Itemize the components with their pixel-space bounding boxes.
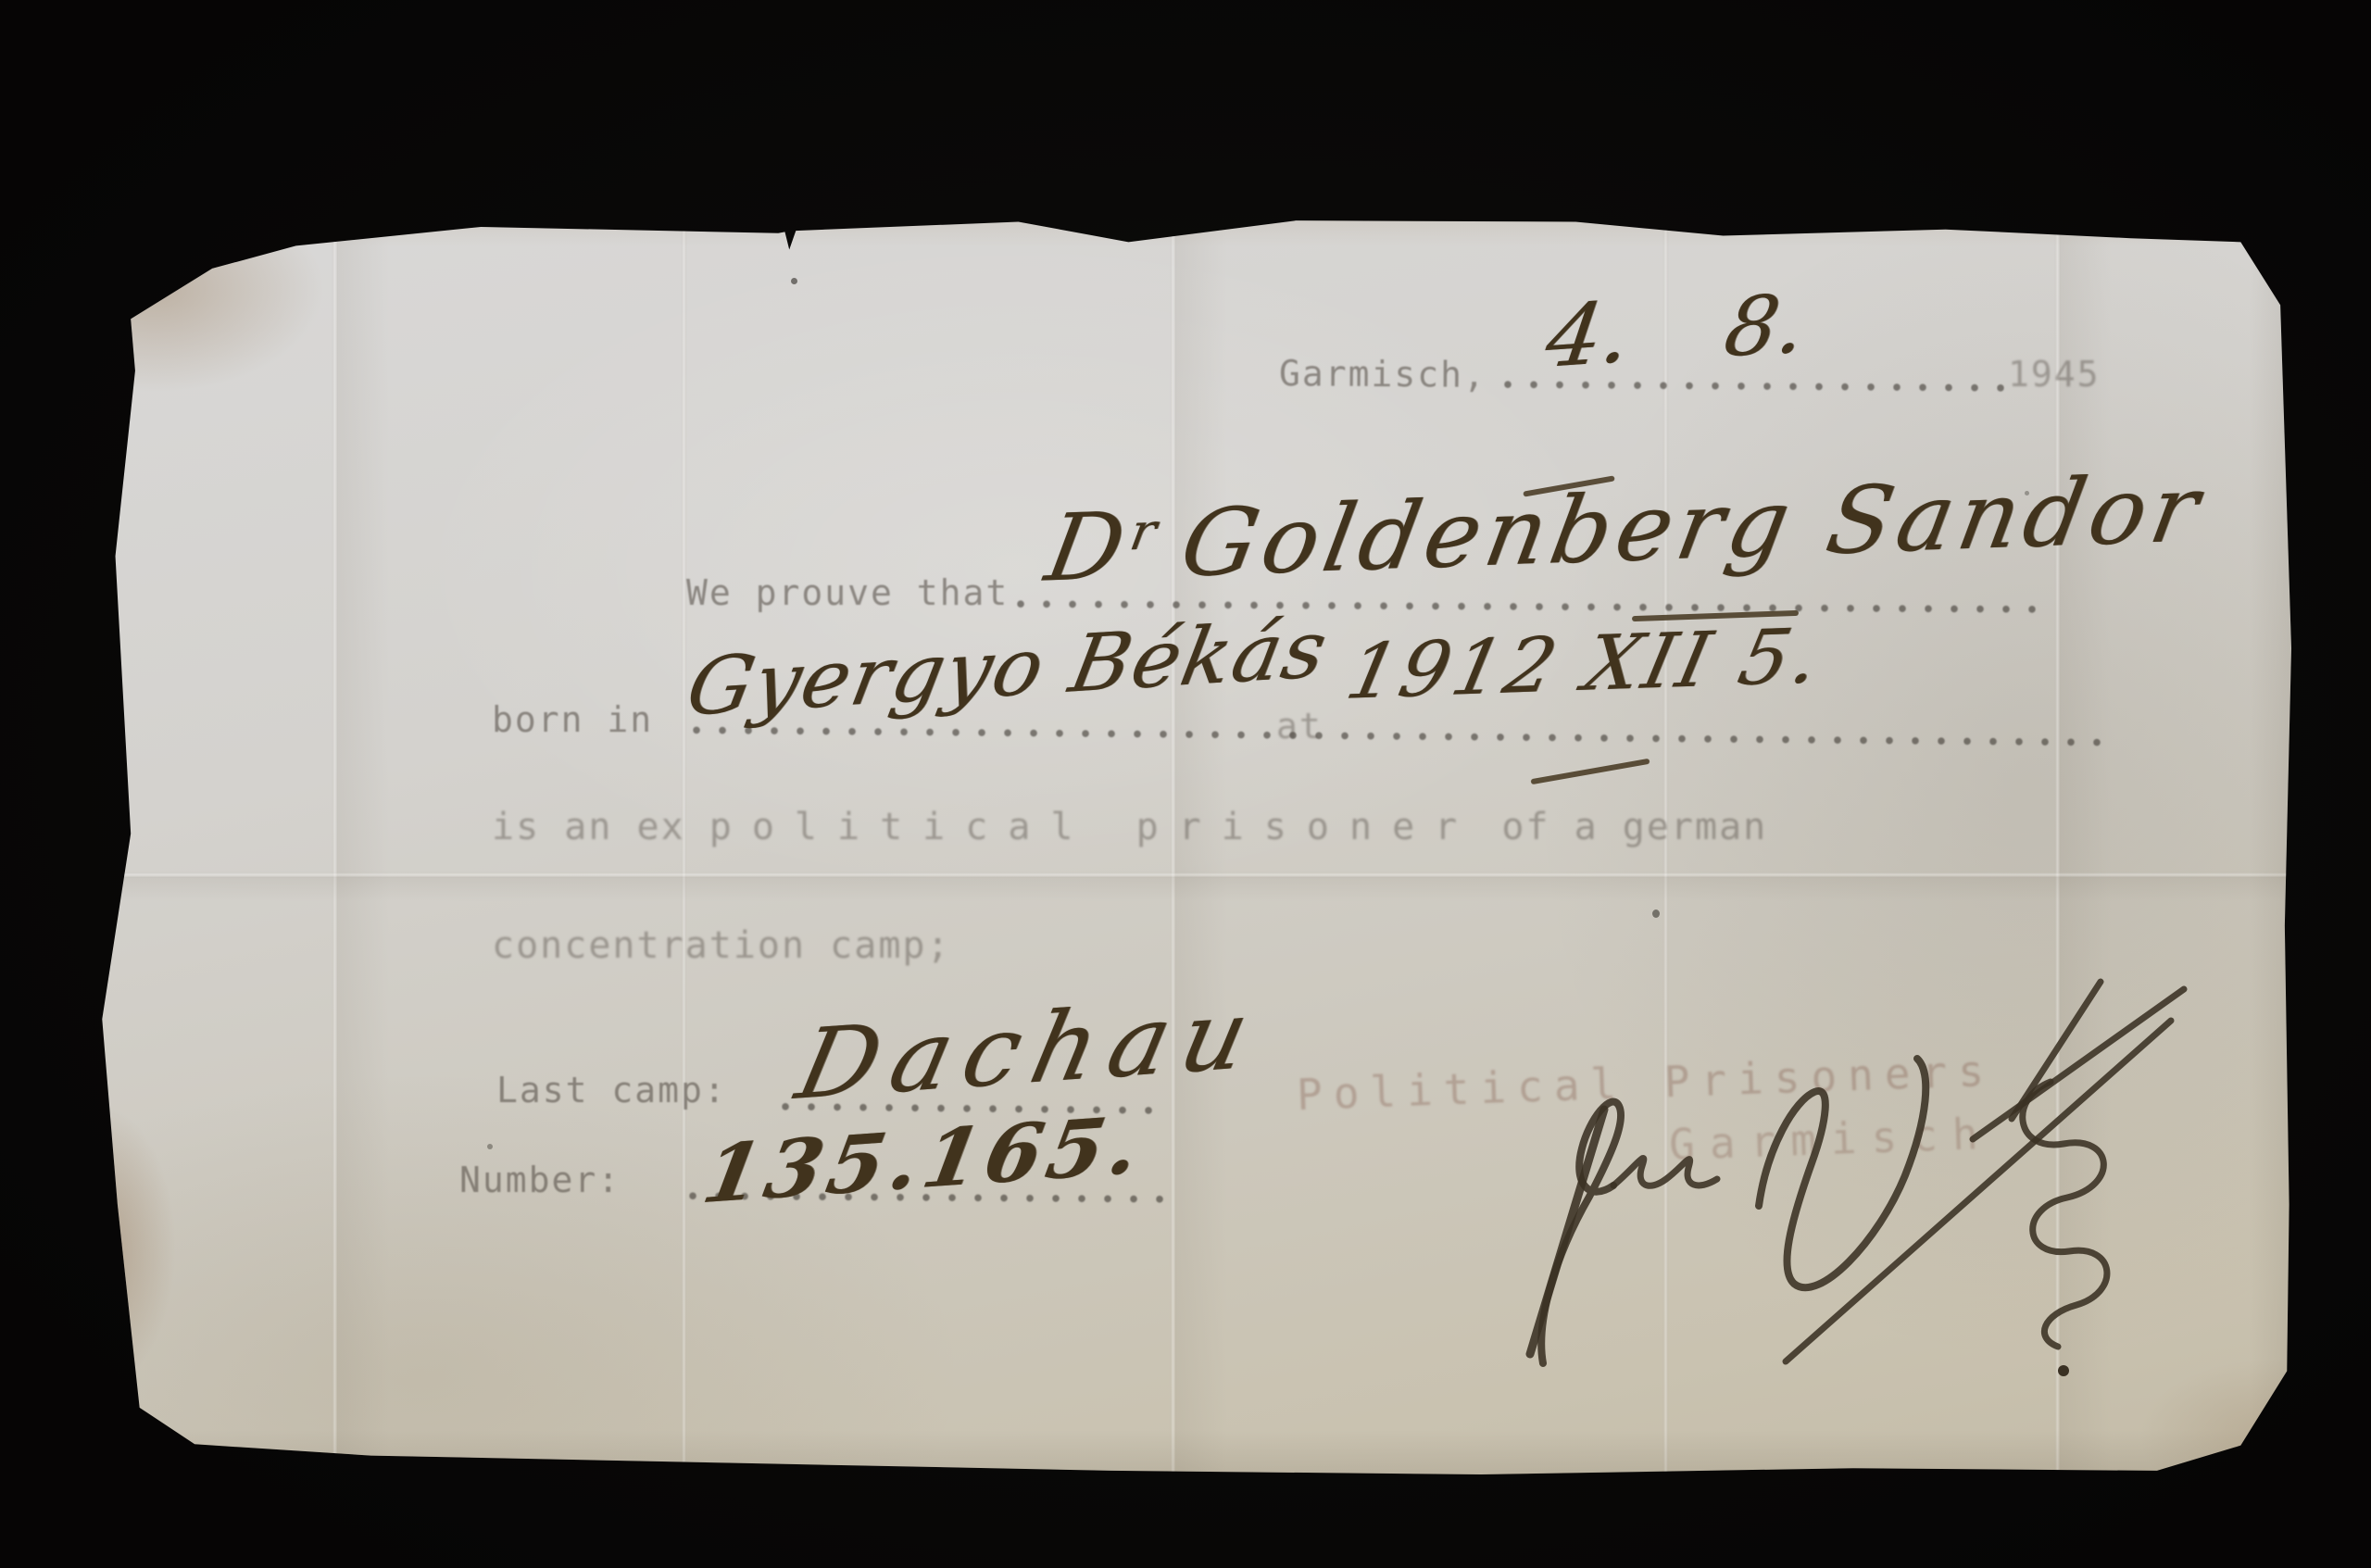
handwritten-birthplace: Gyergyo Békás [680,603,1336,734]
last-camp-label: Last camp: [496,1070,727,1110]
signatures [1450,963,2210,1389]
handwritten-birthdate: 1912 XII 5. [1339,612,1831,717]
handwritten-month: 8. [1718,276,1812,375]
prove-dotted-line [1017,599,2036,614]
born-dotted-line [693,725,2110,746]
signature-ink-dot [2058,1365,2069,1376]
status-spaced: political prisoner [709,806,1477,848]
number-label: Number: [459,1160,621,1200]
handwritten-underline [1530,759,1650,784]
handwritten-name-rest: Goldenberg Sandor [1173,454,2212,597]
certificate-paper: Garmisch, 1945 4. 8. We prouve that Dr G… [89,213,2291,1474]
photo-background: Garmisch, 1945 4. 8. We prouve that Dr G… [0,0,2371,1568]
signature-left-tail [1613,1158,1717,1185]
status-prefix: is an ex [492,806,685,848]
signature-right-curve [1759,1059,1926,1287]
paper-speck [791,278,797,284]
camp-label: concentration camp; [492,924,951,967]
handwritten-name-title: D [1038,492,1138,603]
signature-right-loops [2023,1082,2107,1347]
prove-label: We prouve that [686,572,1009,613]
date-place-label: Garmisch, [1279,353,1487,395]
paper-speck [1652,909,1660,918]
handwritten-last-camp: Dachau [788,977,1272,1122]
paper-speck [487,1144,493,1149]
status-suffix: of a german [1501,806,1767,848]
date-year: 1945 [2008,354,2101,395]
status-line: is an ex political prisoner of a german [492,806,1767,848]
handwritten-name: Dr Goldenberg Sandor [1038,454,2212,602]
fold-shadow [89,877,2291,901]
born-in-label: born in [492,699,653,740]
handwritten-day: 4. [1540,282,1637,387]
fold-line-vertical [332,213,337,1474]
fold-line-horizontal [89,872,2291,877]
fold-shadow [337,213,389,1474]
born-at-label: at [1276,706,1323,746]
signature-right-diagonal [1786,1021,2171,1361]
signature-left [1541,1102,1621,1363]
signature-left-slash [1530,1110,1604,1354]
